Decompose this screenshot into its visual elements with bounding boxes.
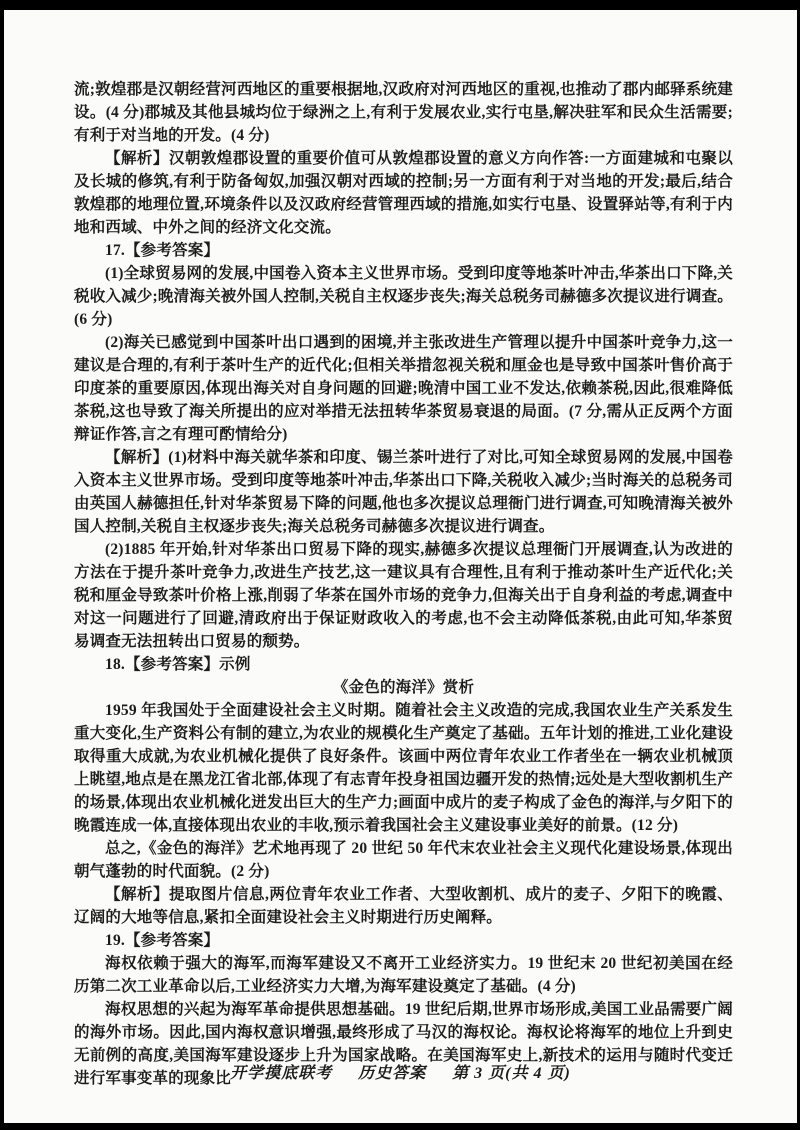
document-page: 流;敦煌郡是汉朝经营河西地区的重要根据地,汉政府对河西地区的重视,也推动了郡内邮… — [4, 10, 797, 1123]
answer-19-header: 19.【参考答案】 — [74, 929, 733, 952]
answer-18-header: 18.【参考答案】示例 — [74, 653, 733, 676]
footer-page-number: 第 3 页(共 4 页) — [452, 1060, 571, 1083]
analysis-17-part1: 【解析】(1)材料中海关就华茶和印度、锡兰茶叶进行了对比,可知全球贸易网的发展,… — [74, 446, 733, 538]
analysis-17-part2: (2)1885 年开始,针对华茶出口贸易下降的现实,赫德多次提议总理衙门开展调查… — [74, 538, 733, 653]
page-footer: 开学摸底联考 历史答案 第 3 页(共 4 页) — [4, 1060, 797, 1083]
answer-19-part1: 海权依赖于强大的海军,而海军建设又不离开工业经济实力。19 世纪末 20 世纪初… — [74, 952, 733, 998]
analysis-paragraph-18: 【解析】提取图片信息,两位青年农业工作者、大型收割机、成片的麦子、夕阳下的晚霞、… — [74, 883, 733, 929]
answer-18-essay-conclusion: 总之,《金色的海洋》艺术地再现了 20 世纪 50 年代末农业社会主义现代化建设… — [74, 837, 733, 883]
scan-black-border: 流;敦煌郡是汉朝经营河西地区的重要根据地,汉政府对河西地区的重视,也推动了郡内邮… — [0, 0, 800, 1130]
answer-17-part2: (2)海关已感觉到中国茶叶出口遇到的困境,并主张改进生产管理以提升中国茶叶竞争力… — [74, 331, 733, 446]
footer-exam-name: 开学摸底联考 — [230, 1060, 332, 1083]
answer-18-essay-body: 1959 年我国处于全面建设社会主义时期。随着社会主义改造的完成,我国农业生产关… — [74, 699, 733, 837]
document-body: 流;敦煌郡是汉朝经营河西地区的重要根据地,汉政府对河西地区的重视,也推动了郡内邮… — [74, 78, 733, 1090]
analysis-paragraph-16: 【解析】汉朝敦煌郡设置的重要价值可从敦煌郡设置的意义方向作答:一方面建城和屯聚以… — [74, 147, 733, 239]
continuation-paragraph-answer-16: 流;敦煌郡是汉朝经营河西地区的重要根据地,汉政府对河西地区的重视,也推动了郡内邮… — [74, 78, 733, 147]
footer-subject: 历史答案 — [358, 1060, 426, 1083]
essay-title: 《金色的海洋》赏析 — [74, 676, 733, 699]
answer-17-part1: (1)全球贸易网的发展,中国卷入资本主义世界市场。受到印度等地茶叶冲击,华茶出口… — [74, 262, 733, 331]
answer-17-header: 17.【参考答案】 — [74, 239, 733, 262]
